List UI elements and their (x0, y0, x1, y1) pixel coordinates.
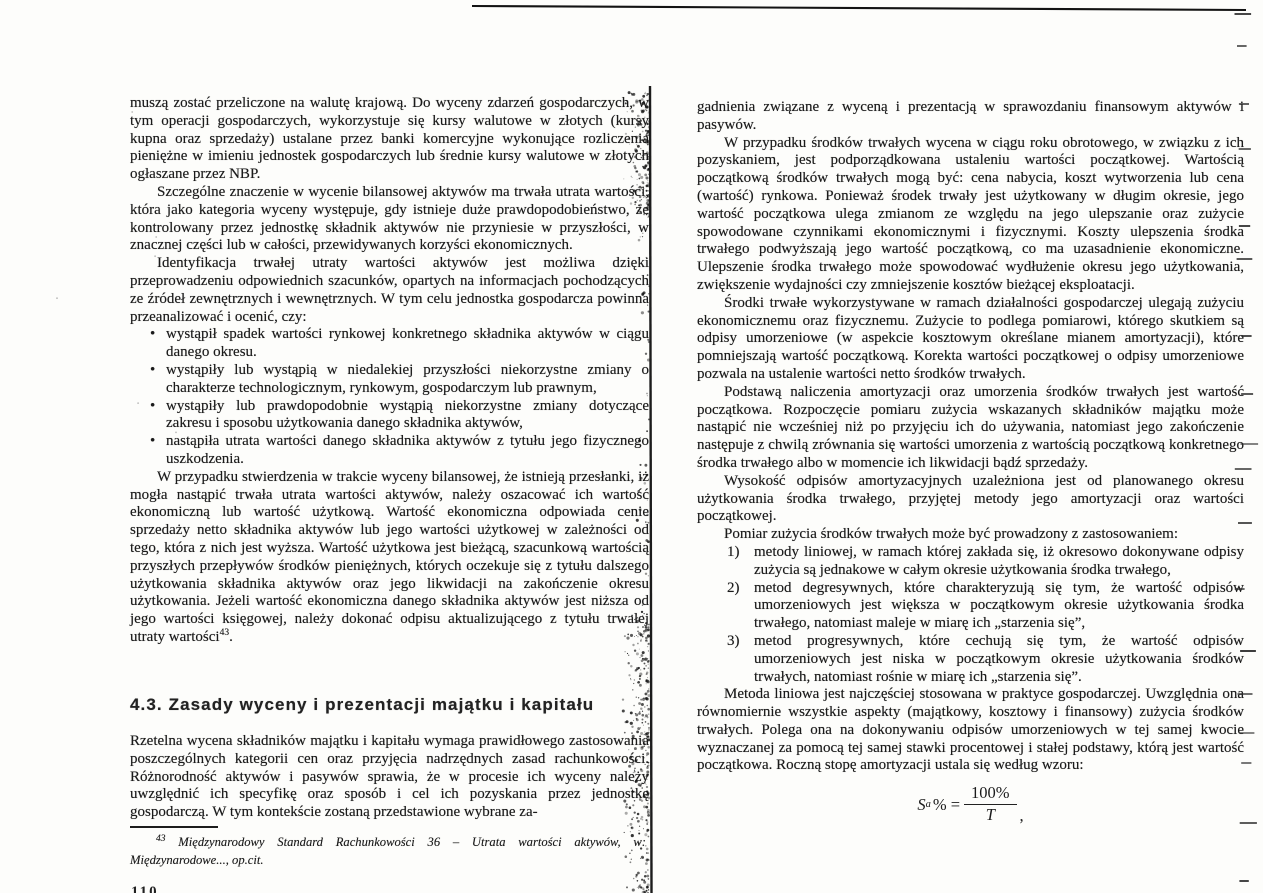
bullet-text: wystąpiły lub wystąpią w niedalekiej prz… (166, 362, 649, 396)
numbered-list: 1) metody liniowej, w ramach której zakł… (697, 544, 1244, 686)
bullet-item: • wystąpiły lub prawdopodobnie wystąpią … (166, 398, 649, 434)
item-number: 2) (727, 580, 740, 598)
bullet-text: wystąpił spadek wartości rynkowej konkre… (166, 326, 649, 360)
fraction-denominator: T (986, 805, 995, 825)
paragraph: muszą zostać przeliczone na walutę krajo… (130, 95, 649, 184)
page-number: 110 (131, 884, 159, 893)
paragraph: Środki trwałe wykorzystywane w ramach dz… (697, 295, 1244, 384)
paragraph: gadnienia związane z wyceną i prezentacj… (697, 99, 1244, 135)
paragraph: W przypadku środków trwałych wycena w ci… (697, 135, 1244, 295)
item-number: 3) (727, 633, 740, 651)
fraction-numerator: 100% (964, 784, 1017, 805)
right-page-body: gadnienia związane z wyceną i prezentacj… (697, 99, 1244, 825)
paragraph: W przypadku stwierdzenia w trakcie wycen… (130, 469, 649, 647)
bullet-list: • wystąpił spadek wartości rynkowej konk… (130, 326, 649, 468)
footnote-reference: 43 (220, 628, 230, 638)
binding-gutter-line (650, 86, 652, 893)
paragraph: Wysokość odpisów amortyzacyjnych uzależn… (697, 473, 1244, 526)
bullet-text: wystąpiły lub prawdopodobnie wystąpią ni… (166, 398, 649, 432)
paragraph: Identyfikacja trwałej utraty wartości ak… (130, 255, 649, 326)
item-number: 1) (727, 544, 740, 562)
bullet-marker: • (150, 433, 155, 451)
paragraph: Pomiar zużycia środków trwałych może być… (697, 526, 1244, 544)
list-item: 2) metod degresywnych, które charakteryz… (754, 580, 1244, 633)
formula-subscript: a (926, 796, 931, 814)
bullet-marker: • (150, 326, 155, 344)
item-text: metod degresywnych, które charakteryzują… (754, 580, 1244, 632)
left-page-body: muszą zostać przeliczone na walutę krajo… (130, 95, 649, 647)
formula-comma: , (1020, 807, 1024, 825)
formula-symbol: S (917, 796, 925, 814)
item-text: metod progresywnych, które cechują się t… (754, 633, 1244, 685)
paragraph: Rzetelna wycena składników majątku i kap… (130, 733, 649, 822)
list-item: 1) metody liniowej, w ramach której zakł… (754, 544, 1244, 580)
list-item: 3) metod progresywnych, które cechują si… (754, 633, 1244, 686)
bullet-marker: • (150, 398, 155, 416)
scanned-book-spread: muszą zostać przeliczone na walutę krajo… (0, 0, 1263, 893)
bullet-item: • nastąpiła utrata wartości danego skład… (166, 433, 649, 469)
bullet-text: nastąpiła utrata wartości danego składni… (166, 433, 649, 467)
bullet-item: • wystąpił spadek wartości rynkowej konk… (166, 326, 649, 362)
bullet-item: • wystąpiły lub wystąpią w niedalekiej p… (166, 362, 649, 398)
paragraph: Metoda liniowa jest najczęściej stosowan… (697, 686, 1244, 775)
formula-equals: % = (933, 796, 960, 814)
left-page-paragraph: Rzetelna wycena składników majątku i kap… (130, 733, 649, 822)
footnote: 43 Międzynarodowy Standard Rachunkowości… (130, 833, 646, 869)
section-heading: 4.3. Zasady wyceny i prezentacji majątku… (130, 695, 670, 715)
footnote-marker: 43 (156, 834, 166, 844)
paragraph: Szczególne znaczenie w wycenie bilansowe… (130, 184, 649, 255)
footnote-rule (130, 826, 218, 828)
amortization-rate-formula: Sa% = 100% T , (697, 784, 1244, 825)
paragraph: Podstawą naliczenia amortyzacji oraz umo… (697, 384, 1244, 473)
fraction: 100% T (964, 784, 1017, 825)
bullet-marker: • (150, 362, 155, 380)
footnote-text: Międzynarodowy Standard Rachunkowości 36… (130, 835, 646, 867)
item-text: metody liniowej, w ramach której zakłada… (754, 544, 1244, 578)
top-edge-line (472, 6, 1246, 10)
